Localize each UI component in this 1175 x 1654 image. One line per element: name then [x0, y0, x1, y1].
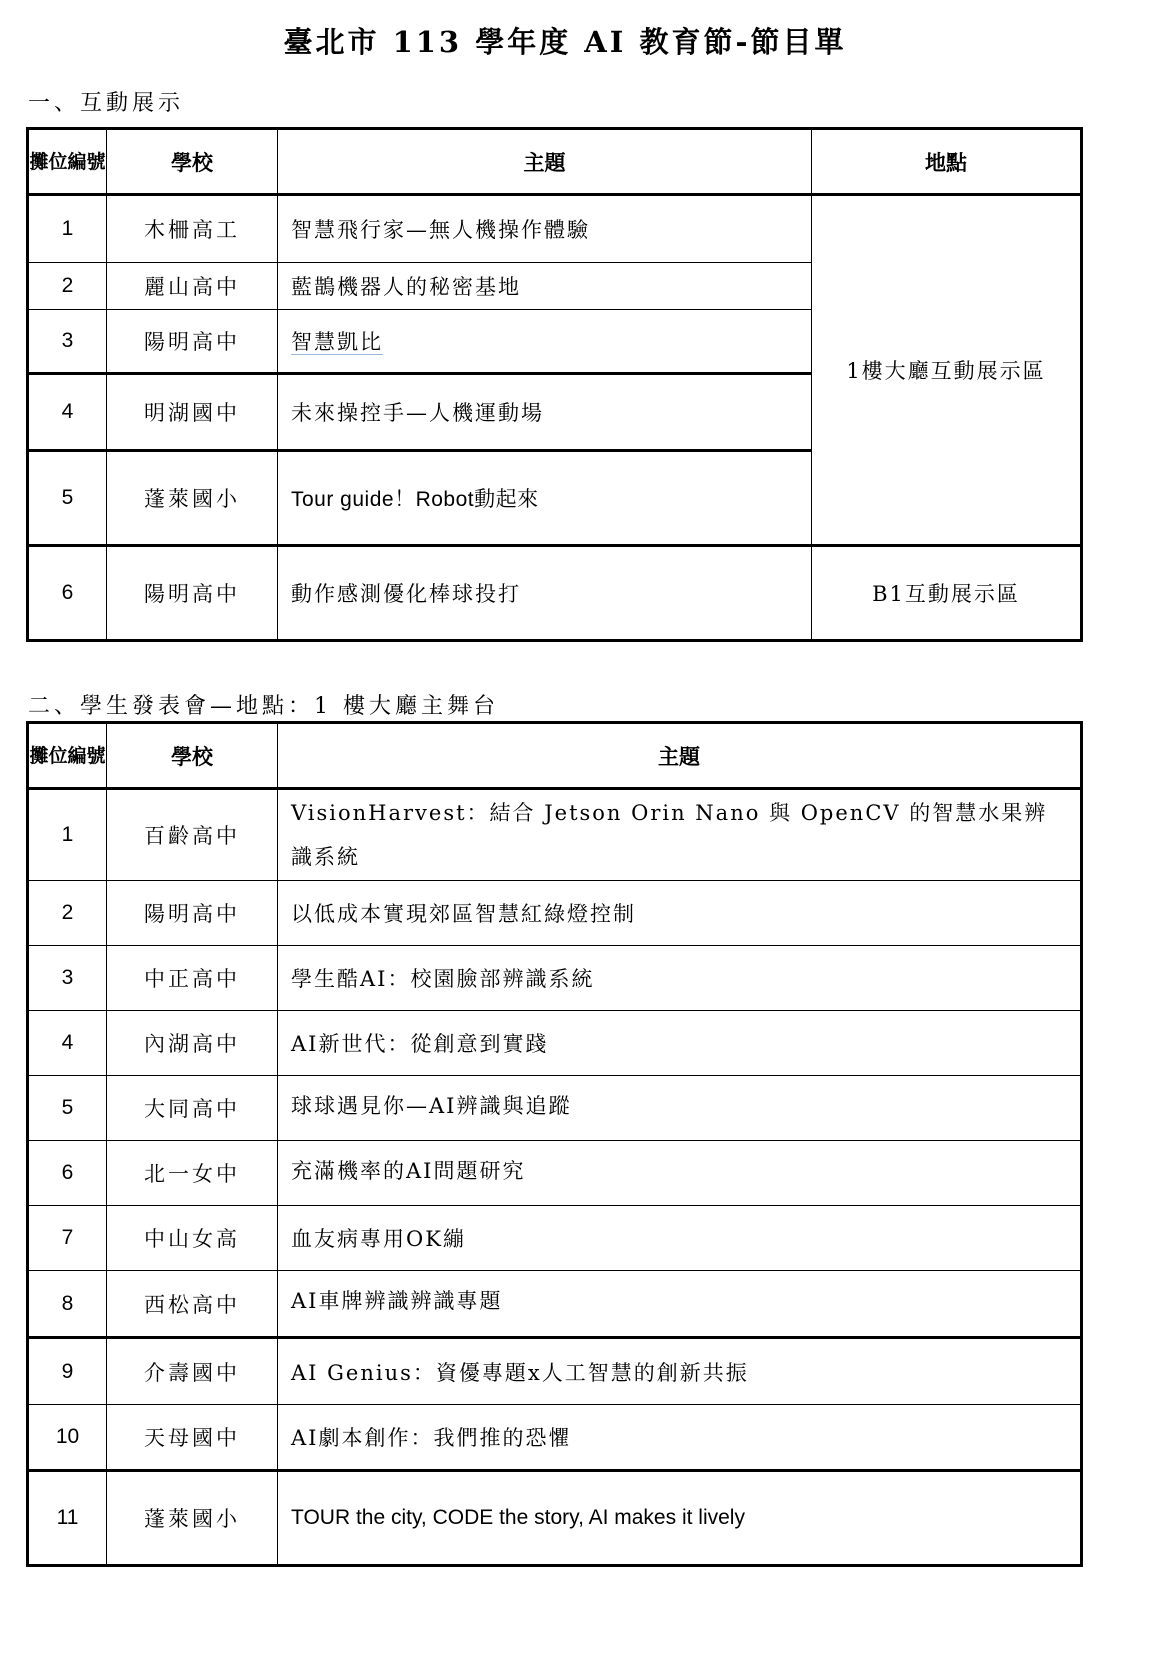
school-name: 蓬萊國小	[107, 451, 278, 546]
table-header-row: 攤位編號 學校 主題 地點	[28, 129, 1082, 195]
topic: AI劇本創作：我們推的恐懼	[278, 1405, 1082, 1471]
booth-number: 9	[28, 1338, 107, 1405]
booth-number: 2	[28, 881, 107, 946]
school-name: 內湖高中	[107, 1011, 278, 1076]
topic: 藍鵲機器人的秘密基地	[278, 263, 812, 310]
table-row: 11 蓬萊國小 TOUR the city, CODE the story, A…	[28, 1471, 1082, 1566]
school-name: 陽明高中	[107, 546, 278, 641]
booth-number: 1	[28, 195, 107, 263]
location-cell: 1樓大廳互動展示區	[812, 195, 1082, 546]
document-title: 臺北市 113 學年度 AI 教育節-節目單	[0, 20, 1130, 61]
topic: AI車牌辨識辨識專題	[278, 1271, 1082, 1338]
booth-number: 5	[28, 451, 107, 546]
topic: 動作感測優化棒球投打	[278, 546, 812, 641]
school-name: 百齡高中	[107, 789, 278, 881]
booth-number: 3	[28, 946, 107, 1011]
section2-heading: 二、學生發表會—地點：1 樓大廳主舞台	[28, 689, 499, 720]
topic: TOUR the city, CODE the story, AI makes …	[278, 1471, 1082, 1566]
header-school: 學校	[107, 129, 278, 195]
booth-number: 5	[28, 1076, 107, 1141]
table-row: 1 百齡高中 VisionHarvest：結合 Jetson Orin Nano…	[28, 789, 1082, 881]
booth-number: 7	[28, 1206, 107, 1271]
topic: 智慧凱比	[278, 310, 812, 374]
topic: 未來操控手—人機運動場	[278, 374, 812, 451]
booth-number: 1	[28, 789, 107, 881]
school-name: 麗山高中	[107, 263, 278, 310]
booth-number: 11	[28, 1471, 107, 1566]
section1-heading: 一、互動展示	[28, 86, 184, 117]
location-cell: B1互動展示區	[812, 546, 1082, 641]
table-row: 7 中山女高 血友病專用OK繃	[28, 1206, 1082, 1271]
topic: 血友病專用OK繃	[278, 1206, 1082, 1271]
table-header-row: 攤位編號 學校 主題	[28, 723, 1082, 789]
header-location: 地點	[812, 129, 1082, 195]
booth-number: 6	[28, 1141, 107, 1206]
header-topic: 主題	[278, 723, 1082, 789]
student-presentation-table: 攤位編號 學校 主題 1 百齡高中 VisionHarvest：結合 Jetso…	[26, 721, 1083, 1567]
table-row: 9 介壽國中 AI Genius：資優專題x人工智慧的創新共振	[28, 1338, 1082, 1405]
school-name: 西松高中	[107, 1271, 278, 1338]
booth-number: 6	[28, 546, 107, 641]
booth-number: 10	[28, 1405, 107, 1471]
school-name: 北一女中	[107, 1141, 278, 1206]
table-row: 8 西松高中 AI車牌辨識辨識專題	[28, 1271, 1082, 1338]
topic: AI新世代：從創意到實踐	[278, 1011, 1082, 1076]
topic: 學生酷AI：校園臉部辨識系統	[278, 946, 1082, 1011]
header-booth-number: 攤位編號	[28, 723, 107, 789]
header-topic: 主題	[278, 129, 812, 195]
school-name: 陽明高中	[107, 310, 278, 374]
school-name: 天母國中	[107, 1405, 278, 1471]
table-row: 1 木柵高工 智慧飛行家—無人機操作體驗 1樓大廳互動展示區	[28, 195, 1082, 263]
booth-number: 4	[28, 1011, 107, 1076]
topic-text: 智慧凱比	[291, 330, 383, 355]
table-row: 6 北一女中 充滿機率的AI問題研究	[28, 1141, 1082, 1206]
header-booth-number: 攤位編號	[28, 129, 107, 195]
booth-number: 3	[28, 310, 107, 374]
table-row: 5 大同高中 球球遇見你—AI辨識與追蹤	[28, 1076, 1082, 1141]
school-name: 木柵高工	[107, 195, 278, 263]
topic: AI Genius：資優專題x人工智慧的創新共振	[278, 1338, 1082, 1405]
school-name: 中正高中	[107, 946, 278, 1011]
school-name: 明湖國中	[107, 374, 278, 451]
topic: Tour guide！Robot動起來	[278, 451, 812, 546]
booth-number: 2	[28, 263, 107, 310]
header-school: 學校	[107, 723, 278, 789]
interactive-exhibit-table: 攤位編號 學校 主題 地點 1 木柵高工 智慧飛行家—無人機操作體驗 1樓大廳互…	[26, 127, 1083, 642]
table-row: 3 中正高中 學生酷AI：校園臉部辨識系統	[28, 946, 1082, 1011]
school-name: 陽明高中	[107, 881, 278, 946]
topic: VisionHarvest：結合 Jetson Orin Nano 與 Open…	[278, 789, 1082, 881]
school-name: 蓬萊國小	[107, 1471, 278, 1566]
topic: 充滿機率的AI問題研究	[278, 1141, 1082, 1206]
school-name: 大同高中	[107, 1076, 278, 1141]
booth-number: 4	[28, 374, 107, 451]
table-row: 6 陽明高中 動作感測優化棒球投打 B1互動展示區	[28, 546, 1082, 641]
topic: 智慧飛行家—無人機操作體驗	[278, 195, 812, 263]
topic: 球球遇見你—AI辨識與追蹤	[278, 1076, 1082, 1141]
booth-number: 8	[28, 1271, 107, 1338]
topic: 以低成本實現郊區智慧紅綠燈控制	[278, 881, 1082, 946]
school-name: 中山女高	[107, 1206, 278, 1271]
table-row: 2 陽明高中 以低成本實現郊區智慧紅綠燈控制	[28, 881, 1082, 946]
table-row: 10 天母國中 AI劇本創作：我們推的恐懼	[28, 1405, 1082, 1471]
school-name: 介壽國中	[107, 1338, 278, 1405]
table-row: 4 內湖高中 AI新世代：從創意到實踐	[28, 1011, 1082, 1076]
